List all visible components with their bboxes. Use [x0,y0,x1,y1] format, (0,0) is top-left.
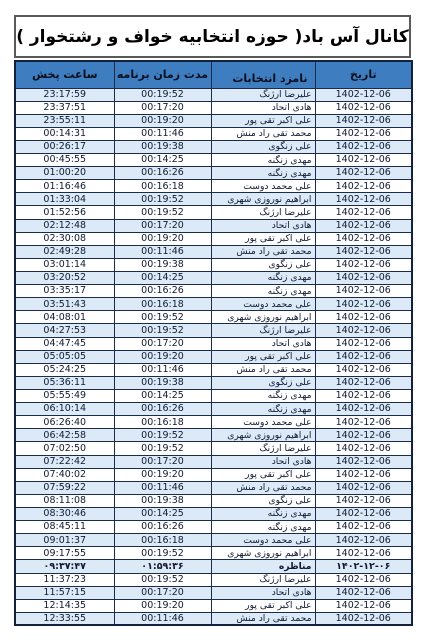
cell-time: 02:49:28 [15,245,114,258]
cell-date: 1402-12-06 [315,324,412,337]
cell-duration: 00:14:25 [114,272,211,285]
cell-duration: 00:19:52 [114,429,211,442]
cell-date: 1402-12-06 [315,547,412,560]
cell-date: 1402-12-06 [315,101,412,114]
cell-date: 1402-12-06 [315,154,412,167]
cell-candidate: علیرضا ارژنگ [211,442,315,455]
cell-date: 1402-12-06 [315,180,412,193]
cell-duration: 00:14:25 [114,508,211,521]
cell-time: 06:10:14 [15,403,114,416]
cell-time: 09:17:55 [15,547,114,560]
cell-time: 02:12:48 [15,219,114,232]
cell-time: 05:24:25 [15,363,114,376]
cell-duration: 00:19:52 [114,442,211,455]
cell-candidate: محمد تقی راد منش [211,363,315,376]
table-row: 1402-12-06مهدی زنگنه00:16:2603:35:17 [15,285,412,298]
cell-date: 1402-12-06 [315,442,412,455]
cell-candidate: هادی اتحاد [211,455,315,468]
cell-date: 1402-12-06 [315,481,412,494]
cell-date: ۱۴۰۲-۱۲-۰۶ [315,560,412,573]
cell-date: 1402-12-06 [315,298,412,311]
cell-time: 06:42:58 [15,429,114,442]
cell-candidate: هادی اتحاد [211,337,315,350]
cell-date: 1402-12-06 [315,350,412,363]
cell-date: 1402-12-06 [315,612,412,625]
cell-date: 1402-12-06 [315,258,412,271]
cell-date: 1402-12-06 [315,285,412,298]
cell-time: 07:59:22 [15,481,114,494]
cell-time: 12:33:55 [15,612,114,625]
table-row: 1402-12-06مهدی زنگنه00:16:2601:00:20 [15,167,412,180]
cell-duration: 00:17:20 [114,455,211,468]
cell-candidate: مهدی زنگنه [211,403,315,416]
cell-duration: 00:11:46 [114,245,211,258]
cell-duration: 00:19:52 [114,547,211,560]
cell-time: 06:26:40 [15,416,114,429]
cell-candidate: علی زنگوی [211,140,315,153]
cell-date: 1402-12-06 [315,508,412,521]
cell-date: 1402-12-06 [315,573,412,586]
table-row: 1402-12-06علیرضا ارژنگ00:19:5207:02:50 [15,442,412,455]
cell-duration: 00:19:20 [114,599,211,612]
cell-duration: 00:14:25 [114,154,211,167]
cell-time: 04:08:01 [15,311,114,324]
cell-date: 1402-12-06 [315,272,412,285]
cell-date: 1402-12-06 [315,376,412,389]
cell-candidate: هادی اتحاد [211,219,315,232]
cell-date: 1402-12-06 [315,219,412,232]
cell-duration: 00:16:26 [114,403,211,416]
cell-candidate: علی اکبر تقی پور [211,468,315,481]
cell-candidate: ابراهیم نوروزی شهری [211,311,315,324]
table-row: 1402-12-06علی اکبر تقی پور00:19:2007:40:… [15,468,412,481]
cell-candidate: علیرضا ارژنگ [211,206,315,219]
table-row: 1402-12-06علی محمد دوست00:16:1809:01:37 [15,534,412,547]
cell-duration: 00:19:20 [114,114,211,127]
table-row: 1402-12-06مهدی زنگنه00:16:2606:10:14 [15,403,412,416]
table-row: 1402-12-06علی زنگوی00:19:3805:36:11 [15,376,412,389]
cell-candidate: علی زنگوی [211,494,315,507]
cell-candidate: علی زنگوی [211,258,315,271]
schedule-table: تاریخ نامزد انتخابات مدت زمان برنامه ساع… [14,60,413,626]
cell-duration: 00:19:20 [114,232,211,245]
table-row: 1402-12-06مهدی زنگنه00:16:2608:45:11 [15,521,412,534]
table-row: 1402-12-06علی زنگوی00:19:3800:26:17 [15,140,412,153]
cell-time: 23:37:51 [15,101,114,114]
cell-duration: 00:19:38 [114,258,211,271]
cell-time: 07:02:50 [15,442,114,455]
table-row: 1402-12-06محمد تقی راد منش00:11:4607:59:… [15,481,412,494]
cell-time: 00:14:31 [15,127,114,140]
page-title: کانال آس باد( حوزه انتخابیه خواف و رشتخو… [14,15,411,58]
cell-candidate: مهدی زنگنه [211,167,315,180]
cell-candidate: محمد تقی راد منش [211,245,315,258]
cell-time: 04:47:45 [15,337,114,350]
cell-time: 23:17:59 [15,88,114,101]
table-row: 1402-12-06محمد تقی راد منش00:11:4612:33:… [15,612,412,625]
table-row: 1402-12-06مهدی زنگنه00:14:2505:55:49 [15,390,412,403]
table-row: 1402-12-06ابراهیم نوروزی شهری00:19:5204:… [15,311,412,324]
cell-duration: 00:19:52 [114,206,211,219]
cell-time: 11:57:15 [15,586,114,599]
cell-candidate: علیرضا ارژنگ [211,88,315,101]
cell-date: 1402-12-06 [315,245,412,258]
cell-duration: 00:19:38 [114,494,211,507]
cell-date: 1402-12-06 [315,140,412,153]
table-row: 1402-12-06علیرضا ارژنگ00:19:5204:27:53 [15,324,412,337]
table-row: 1402-12-06هادی اتحاد00:17:2002:12:48 [15,219,412,232]
header-row: تاریخ نامزد انتخابات مدت زمان برنامه ساع… [15,61,412,88]
cell-duration: 00:11:46 [114,127,211,140]
cell-duration: 00:16:18 [114,416,211,429]
cell-candidate: محمد تقی راد منش [211,127,315,140]
cell-time: 05:05:05 [15,350,114,363]
cell-time: 08:30:46 [15,508,114,521]
cell-date: 1402-12-06 [315,88,412,101]
cell-time: 05:55:49 [15,390,114,403]
cell-date: 1402-12-06 [315,167,412,180]
cell-candidate: محمد تقی راد منش [211,612,315,625]
table-row: 1402-12-06مهدی زنگنه00:14:2503:20:52 [15,272,412,285]
cell-time: 07:22:42 [15,455,114,468]
cell-candidate: ابراهیم نوروزی شهری [211,547,315,560]
cell-candidate: علی اکبر تقی پور [211,599,315,612]
schedule-page: کانال آس باد( حوزه انتخابیه خواف و رشتخو… [14,15,411,626]
cell-duration: 00:19:52 [114,324,211,337]
cell-duration: 00:19:52 [114,88,211,101]
table-row: 1402-12-06علیرضا ارژنگ00:19:5201:52:56 [15,206,412,219]
cell-duration: 00:19:38 [114,140,211,153]
cell-time: 01:00:20 [15,167,114,180]
cell-candidate: مهدی زنگنه [211,508,315,521]
cell-date: 1402-12-06 [315,599,412,612]
cell-duration: 00:11:46 [114,481,211,494]
table-row: 1402-12-06علی اکبر تقی پور00:19:2012:14:… [15,599,412,612]
table-row: 1402-12-06علی اکبر تقی پور00:19:2005:05:… [15,350,412,363]
cell-duration: 00:14:25 [114,390,211,403]
table-row: 1402-12-06علی اکبر تقی پور00:19:2023:55:… [15,114,412,127]
table-row: 1402-12-06مهدی زنگنه00:14:2508:30:46 [15,508,412,521]
cell-candidate: مهدی زنگنه [211,521,315,534]
cell-duration: 00:16:18 [114,534,211,547]
table-body: 1402-12-06علیرضا ارژنگ00:19:5223:17:5914… [15,88,412,625]
cell-candidate: مناظره [211,560,315,573]
cell-time: 03:01:14 [15,258,114,271]
cell-duration: ۰۱:۵۹:۳۶ [114,560,211,573]
cell-date: 1402-12-06 [315,206,412,219]
cell-time: 02:30:08 [15,232,114,245]
cell-candidate: ابراهیم نوروزی شهری [211,429,315,442]
table-row: 1402-12-06ابراهیم نوروزی شهری00:19:5201:… [15,193,412,206]
cell-date: 1402-12-06 [315,521,412,534]
cell-date: 1402-12-06 [315,468,412,481]
table-row: 1402-12-06علی زنگوی00:19:3808:11:08 [15,494,412,507]
cell-date: 1402-12-06 [315,455,412,468]
cell-duration: 00:17:20 [114,219,211,232]
cell-duration: 00:19:20 [114,350,211,363]
cell-date: 1402-12-06 [315,193,412,206]
cell-time: 09:01:37 [15,534,114,547]
cell-time: 03:51:43 [15,298,114,311]
cell-duration: 00:17:20 [114,101,211,114]
cell-duration: 00:11:46 [114,612,211,625]
cell-duration: 00:16:26 [114,285,211,298]
cell-candidate: علی اکبر تقی پور [211,114,315,127]
cell-candidate: علی زنگوی [211,376,315,389]
table-row: 1402-12-06هادی اتحاد00:17:2007:22:42 [15,455,412,468]
table-row: 1402-12-06علیرضا ارژنگ00:19:5223:17:59 [15,88,412,101]
table-row: 1402-12-06هادی اتحاد00:17:2004:47:45 [15,337,412,350]
cell-date: 1402-12-06 [315,534,412,547]
cell-time: 12:14:35 [15,599,114,612]
table-row: 1402-12-06هادی اتحاد00:17:2011:57:15 [15,586,412,599]
cell-duration: 00:16:18 [114,180,211,193]
cell-date: 1402-12-06 [315,403,412,416]
cell-time: 00:26:17 [15,140,114,153]
cell-duration: 00:16:26 [114,521,211,534]
cell-date: 1402-12-06 [315,114,412,127]
table-row: ۱۴۰۲-۱۲-۰۶مناظره۰۱:۵۹:۳۶۰۹:۳۷:۴۷ [15,560,412,573]
cell-date: 1402-12-06 [315,416,412,429]
cell-time: 03:35:17 [15,285,114,298]
table-row: 1402-12-06محمد تقی راد منش00:11:4605:24:… [15,363,412,376]
table-row: 1402-12-06ابراهیم نوروزی شهری00:19:5209:… [15,547,412,560]
table-row: 1402-12-06ابراهیم نوروزی شهری00:19:5206:… [15,429,412,442]
cell-date: 1402-12-06 [315,586,412,599]
cell-duration: 00:19:52 [114,311,211,324]
cell-duration: 00:19:52 [114,573,211,586]
header-candidate: نامزد انتخابات [211,61,315,88]
table-row: 1402-12-06علی اکبر تقی پور00:19:2002:30:… [15,232,412,245]
cell-candidate: محمد تقی راد منش [211,481,315,494]
cell-time: 01:16:46 [15,180,114,193]
cell-duration: 00:19:20 [114,468,211,481]
cell-time: 23:55:11 [15,114,114,127]
cell-candidate: هادی اتحاد [211,586,315,599]
cell-date: 1402-12-06 [315,390,412,403]
cell-date: 1402-12-06 [315,494,412,507]
table-row: 1402-12-06علی زنگوی00:19:3803:01:14 [15,258,412,271]
cell-candidate: مهدی زنگنه [211,154,315,167]
cell-date: 1402-12-06 [315,337,412,350]
cell-time: 07:40:02 [15,468,114,481]
table-row: 1402-12-06محمد تقی راد منش00:11:4600:14:… [15,127,412,140]
cell-candidate: ابراهیم نوروزی شهری [211,193,315,206]
header-date: تاریخ [315,61,412,88]
table-row: 1402-12-06علی محمد دوست00:16:1801:16:46 [15,180,412,193]
cell-date: 1402-12-06 [315,127,412,140]
cell-time: 11:37:23 [15,573,114,586]
cell-date: 1402-12-06 [315,363,412,376]
cell-time: ۰۹:۳۷:۴۷ [15,560,114,573]
cell-candidate: علیرضا ارژنگ [211,573,315,586]
cell-candidate: مهدی زنگنه [211,272,315,285]
cell-duration: 00:17:20 [114,586,211,599]
table-row: 1402-12-06علی محمد دوست00:16:1803:51:43 [15,298,412,311]
cell-time: 00:45:55 [15,154,114,167]
table-row: 1402-12-06علی محمد دوست00:16:1806:26:40 [15,416,412,429]
cell-candidate: علی محمد دوست [211,416,315,429]
cell-candidate: علیرضا ارژنگ [211,324,315,337]
cell-duration: 00:19:38 [114,376,211,389]
cell-candidate: هادی اتحاد [211,101,315,114]
cell-candidate: علی محمد دوست [211,534,315,547]
cell-time: 01:33:04 [15,193,114,206]
cell-candidate: علی اکبر تقی پور [211,350,315,363]
cell-time: 01:52:56 [15,206,114,219]
cell-time: 05:36:11 [15,376,114,389]
cell-duration: 00:17:20 [114,337,211,350]
header-duration: مدت زمان برنامه [114,61,211,88]
cell-time: 08:11:08 [15,494,114,507]
cell-time: 04:27:53 [15,324,114,337]
cell-duration: 00:19:52 [114,193,211,206]
cell-candidate: مهدی زنگنه [211,285,315,298]
cell-duration: 00:16:26 [114,167,211,180]
cell-candidate: علی محمد دوست [211,298,315,311]
table-row: 1402-12-06مهدی زنگنه00:14:2500:45:55 [15,154,412,167]
cell-time: 08:45:11 [15,521,114,534]
cell-candidate: علی اکبر تقی پور [211,232,315,245]
cell-candidate: مهدی زنگنه [211,390,315,403]
cell-duration: 00:16:18 [114,298,211,311]
cell-date: 1402-12-06 [315,311,412,324]
table-row: 1402-12-06هادی اتحاد00:17:2023:37:51 [15,101,412,114]
cell-time: 03:20:52 [15,272,114,285]
header-time: ساعت پخش [15,61,114,88]
table-header: تاریخ نامزد انتخابات مدت زمان برنامه ساع… [15,61,412,88]
table-row: 1402-12-06محمد تقی راد منش00:11:4602:49:… [15,245,412,258]
cell-date: 1402-12-06 [315,232,412,245]
cell-date: 1402-12-06 [315,429,412,442]
cell-duration: 00:11:46 [114,363,211,376]
cell-candidate: علی محمد دوست [211,180,315,193]
table-row: 1402-12-06علیرضا ارژنگ00:19:5211:37:23 [15,573,412,586]
